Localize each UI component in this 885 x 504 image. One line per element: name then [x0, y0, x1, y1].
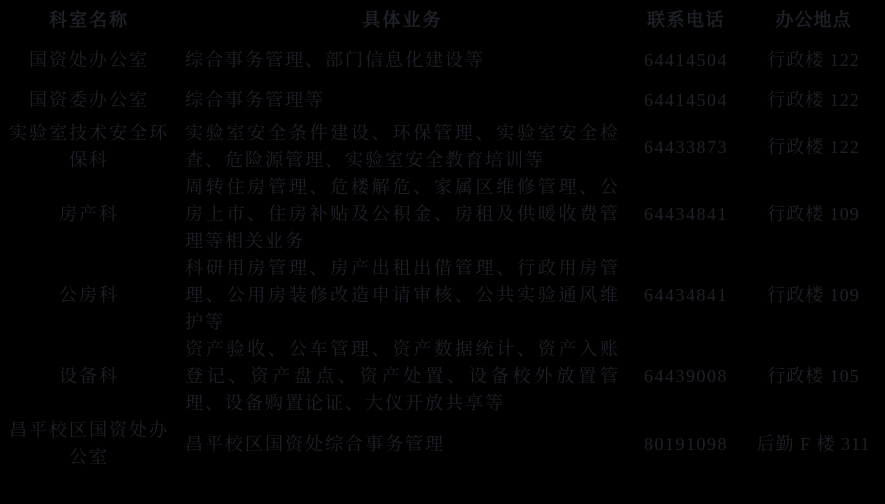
table-row: 设备科 资产验收、公车管理、资产数据统计、资产入账登记、资产盘点、资产处置、设备…: [0, 336, 885, 417]
location-cell: 行政楼 122: [742, 40, 885, 80]
business-cell: 科研用房管理、房产出租出借管理、行政用房管理、公用房装修改造申请审核、公共实验通…: [178, 255, 630, 336]
column-header-dept: 科室名称: [0, 0, 178, 40]
location-cell: 行政楼 109: [742, 174, 885, 255]
phone-cell: 64434841: [630, 255, 742, 336]
column-header-business: 具体业务: [178, 0, 630, 40]
table-header-row: 科室名称 具体业务 联系电话 办公地点: [0, 0, 885, 40]
dept-name-cell: 设备科: [0, 336, 178, 417]
page: { "colors": { "background": "#000000", "…: [0, 0, 885, 504]
dept-name-cell: 实验室技术安全环保科: [0, 120, 178, 174]
dept-name-cell: 国资处办公室: [0, 40, 178, 80]
column-header-location: 办公地点: [742, 0, 885, 40]
business-cell: 综合事务管理、部门信息化建设等: [178, 40, 630, 80]
phone-cell: 64434841: [630, 174, 742, 255]
location-cell: 行政楼 105: [742, 336, 885, 417]
business-cell: 资产验收、公车管理、资产数据统计、资产入账登记、资产盘点、资产处置、设备校外放置…: [178, 336, 630, 417]
business-cell: 综合事务管理等: [178, 80, 630, 120]
business-cell: 实验室安全条件建设、环保管理、实验室安全检查、危险源管理、实验室安全教育培训等: [178, 120, 630, 174]
table-row: 实验室技术安全环保科 实验室安全条件建设、环保管理、实验室安全检查、危险源管理、…: [0, 120, 885, 174]
department-contact-table: 科室名称 具体业务 联系电话 办公地点 国资处办公室 综合事务管理、部门信息化建…: [0, 0, 885, 471]
table-row: 国资处办公室 综合事务管理、部门信息化建设等 64414504 行政楼 122: [0, 40, 885, 80]
location-cell: 行政楼 109: [742, 255, 885, 336]
phone-cell: 64433873: [630, 120, 742, 174]
business-cell: 昌平校区国资处综合事务管理: [178, 417, 630, 471]
phone-cell: 80191098: [630, 417, 742, 471]
dept-name-cell: 昌平校区国资处办公室: [0, 417, 178, 471]
phone-cell: 64414504: [630, 80, 742, 120]
dept-name-cell: 国资委办公室: [0, 80, 178, 120]
table-row: 国资委办公室 综合事务管理等 64414504 行政楼 122: [0, 80, 885, 120]
business-cell: 周转住房管理、危楼解危、家属区维修管理、公房上市、住房补贴及公积金、房租及供暖收…: [178, 174, 630, 255]
dept-name-cell: 房产科: [0, 174, 178, 255]
phone-cell: 64439008: [630, 336, 742, 417]
table-row: 公房科 科研用房管理、房产出租出借管理、行政用房管理、公用房装修改造申请审核、公…: [0, 255, 885, 336]
location-cell: 行政楼 122: [742, 120, 885, 174]
location-cell: 后勤 F 楼 311: [742, 417, 885, 471]
phone-cell: 64414504: [630, 40, 742, 80]
table-row: 昌平校区国资处办公室 昌平校区国资处综合事务管理 80191098 后勤 F 楼…: [0, 417, 885, 471]
column-header-phone: 联系电话: [630, 0, 742, 40]
location-cell: 行政楼 122: [742, 80, 885, 120]
dept-name-cell: 公房科: [0, 255, 178, 336]
table-row: 房产科 周转住房管理、危楼解危、家属区维修管理、公房上市、住房补贴及公积金、房租…: [0, 174, 885, 255]
